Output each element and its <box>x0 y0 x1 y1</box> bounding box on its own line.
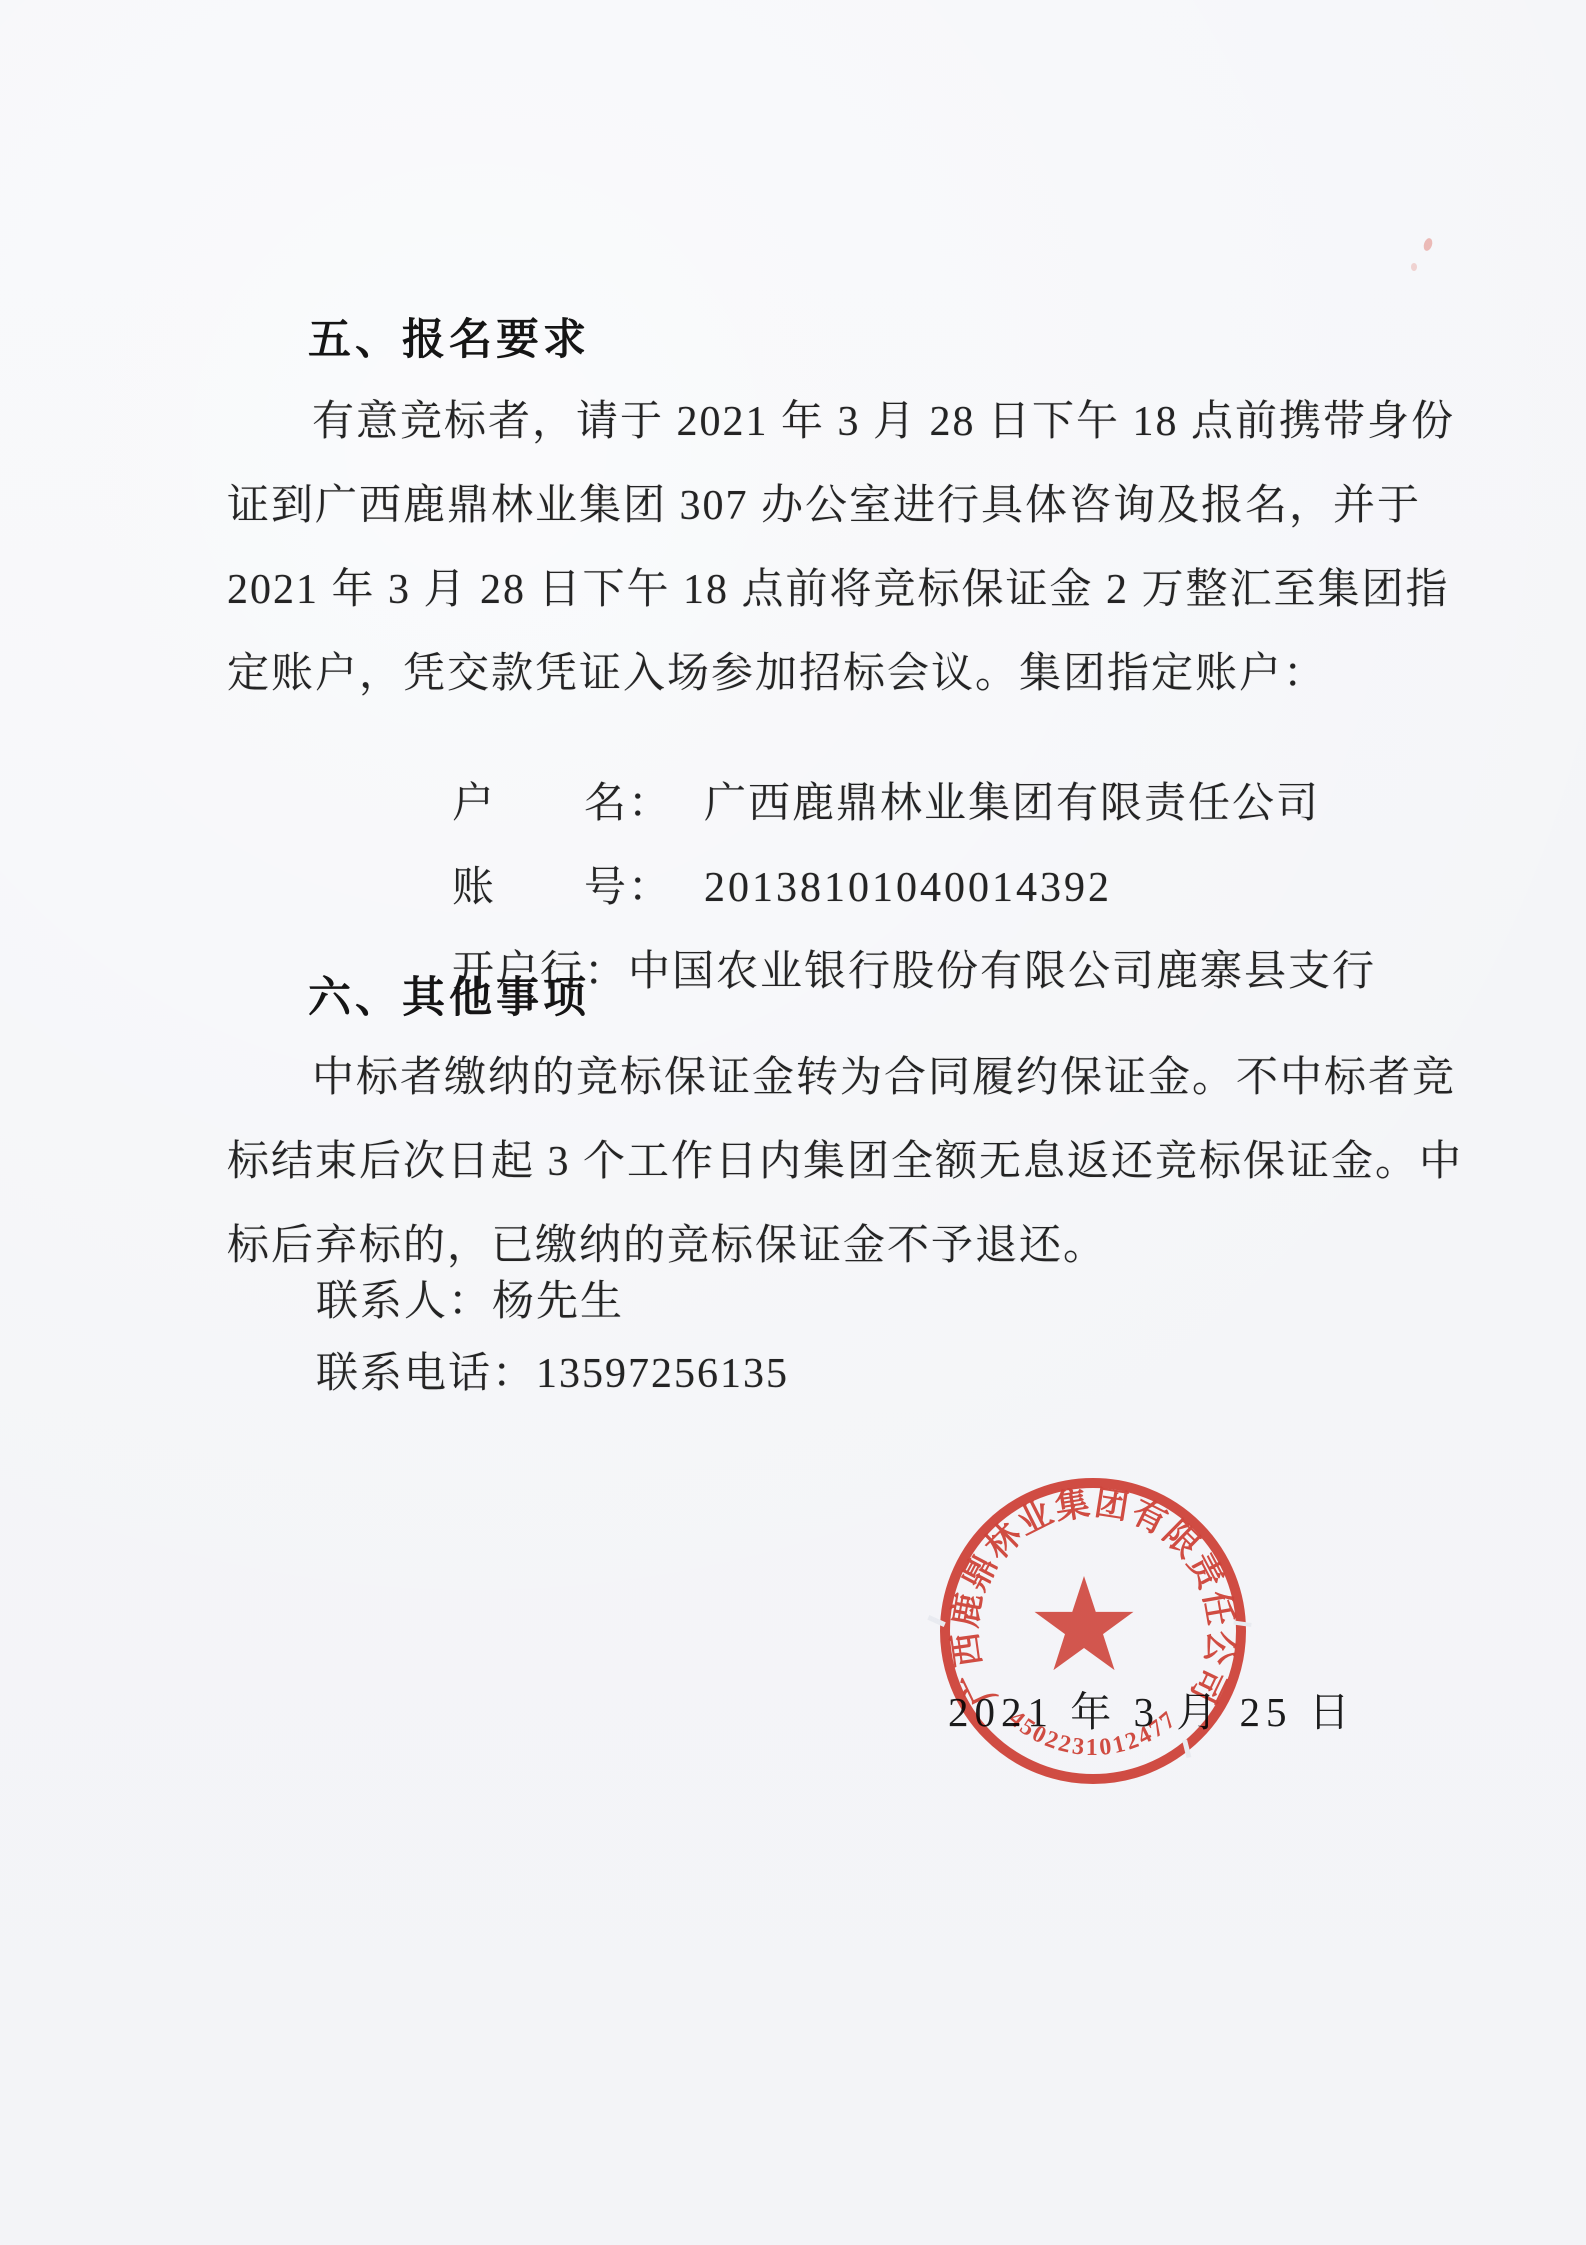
paragraph5-line4: 定账户，凭交款凭证入场参加招标会议。集团指定账户： <box>227 640 1327 700</box>
paragraph5-line2: 证到广西鹿鼎林业集团 307 办公室进行具体咨询及报名，并于 <box>227 472 1421 532</box>
ink-speck <box>1422 237 1434 252</box>
ink-speck <box>1411 263 1417 271</box>
account-bank-value: 中国农业银行股份有限公司鹿寨县支行 <box>628 949 1376 995</box>
company-seal-stamp: 广西鹿鼎林业集团有限责任公司 4502231012477 <box>923 1461 1263 1801</box>
section6-heading: 六、其他事项 <box>308 964 590 1025</box>
section5-heading: 五、报名要求 <box>308 306 590 367</box>
paragraph5-line3: 2021 年 3 月 28 日下午 18 点前将竞标保证金 2 万整汇至集团指 <box>227 556 1450 616</box>
seal-star-icon <box>1035 1576 1134 1670</box>
document-date: 2021 年 3 月 25 日 <box>948 1679 1356 1738</box>
paragraph6-line1: 中标者缴纳的竞标保证金转为合同履约保证金。不中标者竞 <box>312 1044 1456 1104</box>
paragraph6-line2: 标结束后次日起 3 个工作日内集团全额无息返还竞标保证金。中 <box>227 1128 1463 1188</box>
contact-phone: 联系电话：13597256135 <box>316 1340 789 1400</box>
contact-person: 联系人：杨先生 <box>316 1268 624 1328</box>
paragraph6-line3: 标后弃标的，已缴纳的竞标保证金不予退还。 <box>227 1212 1107 1272</box>
scanned-document-page: 五、报名要求 有意竞标者，请于 2021 年 3 月 28 日下午 18 点前携… <box>0 0 1586 2245</box>
paragraph5-line1: 有意竞标者，请于 2021 年 3 月 28 日下午 18 点前携带身份 <box>312 388 1455 448</box>
